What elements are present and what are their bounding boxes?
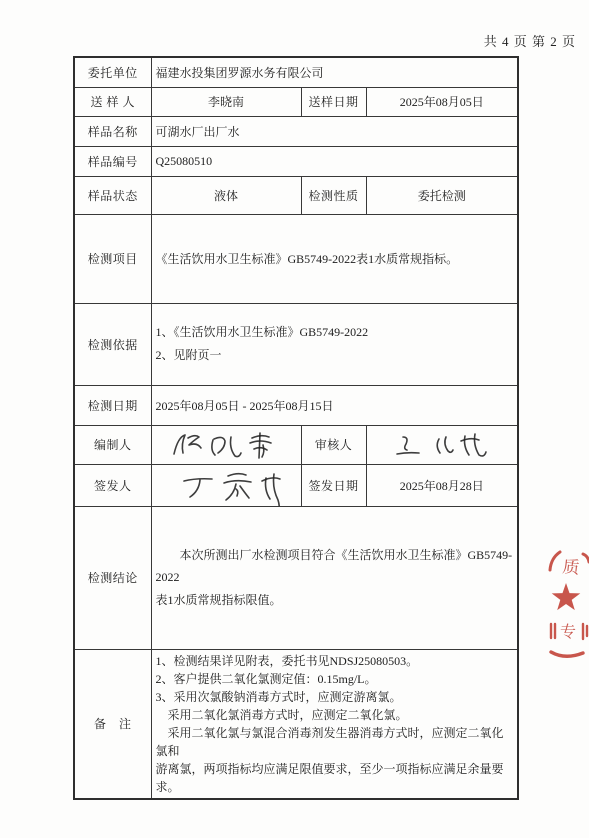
page-indicator: 共 4 页 第 2 页	[484, 31, 576, 50]
scanned-report-page: 共 4 页 第 2 页 委托单位 福建水投集团罗源水务有限公司 送 样 人 李晓…	[0, 0, 589, 838]
issuer-label: 签发人	[74, 464, 151, 506]
sampler-row: 送 样 人 李晓南 送样日期 2025年08月05日	[74, 87, 518, 116]
seal-bottom-char: 专	[560, 623, 576, 641]
sample-no-value: Q25080510	[151, 146, 518, 176]
sample-no-label: 样品编号	[74, 146, 151, 176]
seal-star-icon	[552, 583, 581, 610]
preparer-signature-ink	[168, 428, 297, 462]
issuer-row: 签发人 签发日期	[74, 464, 518, 506]
sampler-value: 李晓南	[151, 87, 301, 116]
sample-name-value: 可湖水厂出厂水	[151, 116, 518, 146]
remark-value: 1、检测结果详见附表，委托书见NDSJ25080503。 2、客户提供二氧化氯测…	[151, 649, 518, 799]
preparer-row: 编制人 审核人	[74, 425, 518, 464]
test-basis-value: 1、《生活饮用水卫生标准》GB5749-2022 2、见附页一	[151, 303, 518, 385]
report-info-table: 委托单位 福建水投集团罗源水务有限公司 送 样 人 李晓南 送样日期 2025年…	[73, 56, 519, 800]
sample-date-label: 送样日期	[301, 87, 366, 116]
preparer-signature	[151, 425, 301, 464]
sample-state-value: 液体	[151, 176, 301, 214]
conclusion-value: 本次所测出厂水检测项目符合《生活饮用水卫生标准》GB5749-2022 表1水质…	[151, 506, 518, 649]
remark-row: 备 注 1、检测结果详见附表，委托书见NDSJ25080503。 2、客户提供二…	[74, 649, 518, 799]
seal-ring-fragment-bottom	[551, 652, 583, 656]
test-items-value: 《生活饮用水卫生标准》GB5749-2022表1水质常规指标。	[151, 214, 518, 303]
test-basis-label: 检测依据	[74, 303, 151, 385]
sample-name-row: 样品名称 可湖水厂出厂水	[74, 116, 518, 146]
conclusion-label: 检测结论	[74, 506, 151, 649]
test-nature-value: 委托检测	[366, 176, 518, 214]
seal-top-char: 质	[562, 557, 581, 578]
test-items-label: 检测项目	[74, 214, 151, 303]
reviewer-signature	[366, 425, 518, 464]
sample-date-value: 2025年08月05日	[366, 87, 518, 116]
remark-label: 备 注	[74, 649, 151, 799]
sample-state-label: 样品状态	[74, 176, 151, 214]
test-basis-row: 检测依据 1、《生活饮用水卫生标准》GB5749-2022 2、见附页一	[74, 303, 518, 385]
test-date-value: 2025年08月05日 - 2025年08月15日	[151, 385, 518, 425]
issuer-signature-ink	[176, 468, 300, 507]
issue-date-label: 签发日期	[301, 464, 366, 506]
reviewer-signature-ink	[391, 429, 514, 461]
test-nature-label: 检测性质	[301, 176, 366, 214]
conclusion-row: 检测结论 本次所测出厂水检测项目符合《生活饮用水卫生标准》GB5749-2022…	[74, 506, 518, 649]
sampler-label: 送 样 人	[74, 87, 151, 116]
client-row: 委托单位 福建水投集团罗源水务有限公司	[74, 57, 518, 87]
preparer-label: 编制人	[74, 425, 151, 464]
sample-state-row: 样品状态 液体 检测性质 委托检测	[74, 176, 518, 214]
issuer-signature	[151, 464, 301, 506]
test-items-row: 检测项目 《生活饮用水卫生标准》GB5749-2022表1水质常规指标。	[74, 214, 518, 303]
issue-date-value: 2025年08月28日	[366, 464, 518, 506]
sample-name-label: 样品名称	[74, 116, 151, 146]
sample-no-row: 样品编号 Q25080510	[74, 146, 518, 176]
test-date-row: 检测日期 2025年08月05日 - 2025年08月15日	[74, 385, 518, 425]
client-label: 委托单位	[74, 57, 151, 87]
reviewer-label: 审核人	[301, 425, 366, 464]
client-value: 福建水投集团罗源水务有限公司	[151, 57, 518, 87]
red-seal-stamp: 质 专	[547, 546, 589, 666]
test-date-label: 检测日期	[74, 385, 151, 425]
